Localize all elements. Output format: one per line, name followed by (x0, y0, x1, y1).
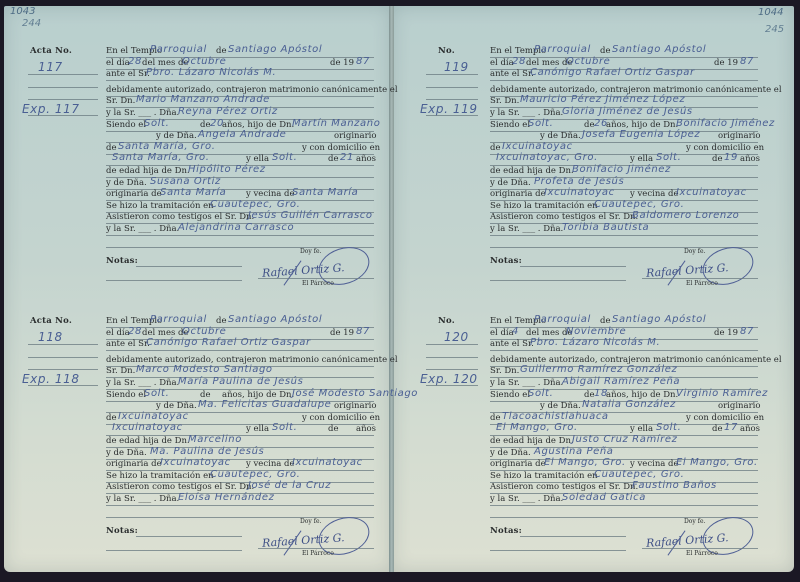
field-testigo-1: Baldomero Lorenzo (632, 210, 739, 221)
label-madre: y de Dña. (540, 131, 581, 141)
label-novio: Sr. Dn. (106, 96, 135, 106)
label-testigo-2: y la Sr. ___ . Dña. (106, 494, 179, 504)
left-folio-number: 1043 (10, 6, 35, 18)
field-novio-domicilio: Ixcuinatoyac (112, 422, 183, 433)
label-anio: de 19 (714, 58, 738, 68)
field-ante: Canónigo Rafael Ortiz Gaspar (146, 337, 311, 348)
field-anio: 87 (356, 56, 370, 67)
label-testigos: Asistieron como testigos el Sr. Dn. (106, 212, 254, 222)
label-madre: y de Dña. (156, 131, 197, 141)
field-tramitacion: Cuautepec, Gro. (210, 469, 300, 480)
field-testigo-2: Toribia Bautista (562, 222, 649, 233)
label-de: de (216, 46, 226, 56)
form-rule (258, 548, 374, 549)
field-novio-estado: Solt. (528, 118, 553, 129)
form-rule (490, 280, 626, 281)
label-tramitacion: Se hizo la tramitación en (490, 201, 598, 211)
label-dia: el día (106, 328, 130, 338)
label-siendo: Siendo el (106, 120, 146, 130)
field-novia: Reyna Pérez Ortiz (178, 106, 278, 117)
field-novia-estado: Solt. (272, 152, 297, 163)
field-novio-domicilio: Santa María, Gro. (112, 152, 210, 163)
field-novio-origen: Ixcuinatoyac (118, 411, 189, 422)
label-testigos: Asistieron como testigos el Sr. Dn. (490, 212, 638, 222)
field-novia-edad: 21 (340, 152, 354, 163)
label-anos: años (740, 154, 760, 164)
label-tramitacion: Se hizo la tramitación en (106, 201, 214, 211)
field-novia-edad: 17 (724, 422, 738, 433)
label-anio: de 19 (330, 58, 354, 68)
field-santo: Santiago Apóstol (612, 44, 706, 55)
expediente-number: Exp. 120 (420, 372, 478, 386)
field-novia-estado: Solt. (272, 422, 297, 433)
label-hija: de edad hija de Dn. (106, 436, 190, 446)
label-originaria: originaria de (490, 459, 546, 469)
label-novia: y la Sr. ___ . Dña. (490, 378, 563, 388)
field-madre-novio: Ma. Felicitas Guadalupe (198, 399, 331, 410)
form-rule (28, 369, 98, 370)
form-rule (106, 80, 374, 81)
field-padre-novia: Marcelino (188, 434, 242, 445)
field-testigo-1: José de la Cruz (248, 480, 331, 491)
form-rule (490, 247, 758, 248)
doy-fe-label: Doy fe. (300, 518, 321, 525)
form-rule (520, 266, 626, 267)
field-padre-novia: Hipólito Pérez (188, 164, 266, 175)
form-rule (28, 74, 98, 75)
label-de: de (106, 413, 116, 423)
label-ante: ante el Sr. (106, 69, 150, 79)
field-padre-novio: José Modesto Santiago (292, 388, 418, 399)
field-novia-estado: Solt. (656, 422, 681, 433)
label-madre: y de Dña. (540, 401, 581, 411)
right-folio-number: 1044 (758, 7, 783, 19)
form-rule (490, 235, 758, 236)
doy-fe-label: Doy fe. (300, 248, 321, 255)
form-rule (426, 357, 478, 358)
field-novia-vecina: Ixcuinatoyac (676, 187, 747, 198)
field-madre-novio: Josefa Eugenia López (582, 129, 700, 140)
label-originario: originario (334, 401, 377, 411)
form-rule (28, 344, 98, 345)
form-rule (28, 99, 98, 100)
field-padre-novio: Bonifacio Jiménez (676, 118, 775, 129)
label-dia: el día (490, 58, 514, 68)
label-ante: ante el Sr. (490, 339, 534, 349)
label-madre-novia: y de Dña. (106, 178, 147, 188)
label-novia: y la Sr. ___ . Dña. (106, 378, 179, 388)
label-notas: Notas: (106, 526, 138, 536)
acta-number: 120 (444, 330, 469, 344)
field-novio: Guillermo Ramírez González (520, 364, 677, 375)
label-ella: y ella (246, 154, 269, 164)
label-madre-novia: y de Dña. (490, 448, 531, 458)
form-rule (106, 235, 374, 236)
doy-fe-label: Doy fe. (684, 248, 705, 255)
label-notas: Notas: (490, 256, 522, 266)
label-novia: y la Sr. ___ . Dña. (106, 108, 179, 118)
field-novio-estado: Solt. (144, 118, 169, 129)
acta-label: No. (438, 316, 455, 326)
label-debidamente: debidamente autorizado, contrajeron matr… (106, 355, 398, 365)
label-testigos: Asistieron como testigos el Sr. Dn. (490, 482, 638, 492)
right-page-number: 245 (765, 24, 784, 36)
label-de: de (200, 390, 210, 400)
acta-number: 118 (38, 330, 63, 344)
label-hija: de edad hija de Dn. (490, 166, 574, 176)
label-de: de (600, 316, 610, 326)
label-vecina: y vecina de (246, 459, 295, 469)
label-tramitacion: Se hizo la tramitación en (490, 471, 598, 481)
form-rule (426, 369, 478, 370)
field-novio: Mauricio Pérez Jiménez López (520, 94, 685, 105)
field-anio: 87 (740, 56, 754, 67)
field-madre-novia: Susana Ortiz (150, 176, 221, 187)
field-madre-novio: Angela Andrade (198, 129, 286, 140)
label-hijo: años, hijo de Dn. (222, 390, 294, 400)
marriage-record-118: Acta No.118Exp. 118En el TemploParroquia… (22, 310, 392, 565)
label-testigo-2: y la Sr. ___ . Dña. (490, 224, 563, 234)
field-testigo-2: Alejandrina Carrasco (178, 222, 294, 233)
label-madre-novia: y de Dña. (106, 448, 147, 458)
field-dia: 28 (512, 56, 526, 67)
label-domicilio: y con domicilio en (302, 413, 380, 423)
field-padre-novia: Bonifacio Jiménez (572, 164, 671, 175)
field-templo: Parroquial (150, 314, 207, 325)
field-madre-novio: Natalia González (582, 399, 676, 410)
field-novia-estado: Solt. (656, 152, 681, 163)
acta-label: Acta No. (30, 316, 72, 326)
form-rule (642, 548, 758, 549)
label-de: de (712, 424, 722, 434)
label-de: de (490, 413, 500, 423)
field-padre-novio: Virginio Ramírez (676, 388, 768, 399)
field-mes: Octubre (182, 56, 226, 67)
field-templo: Parroquial (150, 44, 207, 55)
field-novia-edad: 19 (724, 152, 738, 163)
label-domicilio: y con domicilio en (686, 143, 764, 153)
form-rule (258, 278, 374, 279)
marriage-record-117: Acta No.117Exp. 117En el TemploParroquia… (22, 40, 392, 295)
el-parroco-label: El Párroco (686, 280, 718, 287)
field-novio-estado: Solt. (528, 388, 553, 399)
form-rule (490, 80, 758, 81)
el-parroco-label: El Párroco (302, 280, 334, 287)
field-testigo-1: Faustino Baños (632, 480, 717, 491)
field-novio-origen: Ixcuinatoyac (502, 141, 573, 152)
form-rule (426, 74, 478, 75)
label-madre: y de Dña. (156, 401, 197, 411)
expediente-number: Exp. 117 (22, 102, 80, 116)
field-anio: 87 (356, 326, 370, 337)
field-mes: Octubre (566, 56, 610, 67)
form-rule (426, 344, 478, 345)
field-novia-vecina: Santa María (292, 187, 358, 198)
field-madre-novia: Agustina Peña (534, 446, 614, 457)
field-padre-novia: Justo Cruz Ramírez (572, 434, 677, 445)
field-dia: 28 (128, 326, 142, 337)
label-ella: y ella (246, 424, 269, 434)
label-anos: años (740, 424, 760, 434)
label-anos: años (356, 154, 376, 164)
field-dia: 4 (512, 326, 519, 337)
field-ante: Canónigo Rafael Ortiz Gaspar (530, 67, 695, 78)
field-novio-domicilio: Ixcuinatoyac, Gro. (496, 152, 598, 163)
field-mes: Noviembre (566, 326, 626, 337)
form-rule (426, 99, 478, 100)
label-originario: originario (718, 401, 761, 411)
label-anio: de 19 (714, 328, 738, 338)
label-testigo-2: y la Sr. ___ . Dña. (106, 224, 179, 234)
label-anos: años (356, 424, 376, 434)
acta-number: 119 (444, 60, 469, 74)
label-vecina: y vecina de (246, 189, 295, 199)
form-rule (426, 115, 478, 116)
field-novio-estado: Solt. (144, 388, 169, 399)
left-page-number: 244 (22, 18, 41, 30)
label-domicilio: y con domicilio en (686, 413, 764, 423)
field-santo: Santiago Apóstol (612, 314, 706, 325)
field-novio: Mario Manzano Andrade (136, 94, 270, 105)
field-ante: Pbro. Lázaro Nicolás M. (530, 337, 660, 348)
label-originario: originario (334, 131, 377, 141)
field-novia-origen: Santa María (160, 187, 226, 198)
form-rule (106, 517, 374, 518)
field-testigo-2: Eloísa Hernández (178, 492, 274, 503)
field-novia: María Paulina de Jesús (178, 376, 303, 387)
label-ante: ante el Sr. (490, 69, 534, 79)
field-novia-vecina: El Mango, Gro. (676, 457, 758, 468)
label-hija: de edad hija de Dn. (106, 166, 190, 176)
label-novio: Sr. Dn. (490, 366, 519, 376)
label-notas: Notas: (490, 526, 522, 536)
form-rule (520, 536, 626, 537)
field-tramitacion: Cuautepec, Gro. (594, 199, 684, 210)
label-ante: ante el Sr. (106, 339, 150, 349)
marriage-record-119: No.119Exp. 119En el TemploParroquialdeSa… (426, 40, 796, 295)
el-parroco-label: El Párroco (686, 550, 718, 557)
label-testigo-2: y la Sr. ___ . Dña. (490, 494, 563, 504)
label-originario: originario (718, 131, 761, 141)
form-rule (106, 505, 374, 506)
field-testigo-2: Soledad Gatica (562, 492, 646, 503)
form-rule (490, 505, 758, 506)
label-de: de (328, 154, 338, 164)
label-de: de (712, 154, 722, 164)
field-templo: Parroquial (534, 314, 591, 325)
label-siendo: Siendo el (490, 390, 530, 400)
form-rule (28, 385, 98, 386)
field-novia-origen: Ixcuinatoyac (544, 187, 615, 198)
el-parroco-label: El Párroco (302, 550, 334, 557)
field-santo: Santiago Apóstol (228, 314, 322, 325)
field-novio-origen: Tlacoachistlahuaca (502, 411, 609, 422)
field-novia-origen: Ixcuinatoyac (160, 457, 231, 468)
field-novio-domicilio: El Mango, Gro. (496, 422, 578, 433)
field-santo: Santiago Apóstol (228, 44, 322, 55)
label-vecina: y vecina de (630, 459, 679, 469)
field-novia-origen: El Mango, Gro. (544, 457, 626, 468)
form-rule (106, 350, 374, 351)
field-testigo-1: Jesús Guillén Carrasco (248, 210, 373, 221)
form-rule (490, 517, 758, 518)
label-dia: el día (490, 328, 514, 338)
form-rule (106, 280, 242, 281)
label-ella: y ella (630, 154, 653, 164)
label-domicilio: y con domicilio en (302, 143, 380, 153)
label-siendo: Siendo el (106, 390, 146, 400)
label-de: de (216, 316, 226, 326)
form-rule (28, 87, 98, 88)
label-originaria: originaria de (106, 189, 162, 199)
form-rule (28, 357, 98, 358)
field-novio: Marco Modesto Santiago (136, 364, 273, 375)
label-novio: Sr. Dn. (106, 366, 135, 376)
form-rule (642, 278, 758, 279)
form-rule (136, 536, 242, 537)
field-ante: Pbro. Lázaro Nicolás M. (146, 67, 276, 78)
form-rule (426, 87, 478, 88)
form-rule (28, 115, 98, 116)
form-rule (136, 266, 242, 267)
label-siendo: Siendo el (490, 120, 530, 130)
label-de: de (200, 120, 210, 130)
marriage-record-120: No.120Exp. 120En el TemploParroquialdeSa… (426, 310, 796, 565)
field-dia: 28 (128, 56, 142, 67)
label-vecina: y vecina de (630, 189, 679, 199)
label-de: de (490, 143, 500, 153)
field-anio: 87 (740, 326, 754, 337)
label-hija: de edad hija de Dn. (490, 436, 574, 446)
field-mes: Octubre (182, 326, 226, 337)
label-madre-novia: y de Dña. (490, 178, 531, 188)
field-tramitacion: Cuautepec, Gro. (210, 199, 300, 210)
label-de: de (328, 424, 338, 434)
field-padre-novio: Martín Manzano (292, 118, 380, 129)
label-tramitacion: Se hizo la tramitación en (106, 471, 214, 481)
form-rule (426, 385, 478, 386)
label-notas: Notas: (106, 256, 138, 266)
field-novio-origen: Santa María, Gro. (118, 141, 216, 152)
field-novia: Gloria Jiménez de Jesús (562, 106, 693, 117)
field-novia: Abigail Ramírez Peña (562, 376, 680, 387)
form-rule (490, 350, 758, 351)
field-tramitacion: Cuautepec, Gro. (594, 469, 684, 480)
form-rule (106, 247, 374, 248)
label-originaria: originaria de (106, 459, 162, 469)
label-dia: el día (106, 58, 130, 68)
expediente-number: Exp. 118 (22, 372, 80, 386)
field-madre-novia: Profeta de Jesús (534, 176, 624, 187)
acta-label: No. (438, 46, 455, 56)
label-originaria: originaria de (490, 189, 546, 199)
label-de: de (600, 46, 610, 56)
label-hijo: años, hijo de Dn. (222, 120, 294, 130)
field-novia-vecina: Ixcuinatoyac (292, 457, 363, 468)
label-anio: de 19 (330, 328, 354, 338)
label-novio: Sr. Dn. (490, 96, 519, 106)
expediente-number: Exp. 119 (420, 102, 478, 116)
form-rule (106, 550, 242, 551)
label-debidamente: debidamente autorizado, contrajeron matr… (106, 85, 398, 95)
form-rule (490, 550, 626, 551)
doy-fe-label: Doy fe. (684, 518, 705, 525)
label-novia: y la Sr. ___ . Dña. (490, 108, 563, 118)
label-testigos: Asistieron como testigos el Sr. Dn. (106, 482, 254, 492)
acta-label: Acta No. (30, 46, 72, 56)
field-madre-novia: Ma. Paulina de Jesús (150, 446, 264, 457)
field-templo: Parroquial (534, 44, 591, 55)
label-ella: y ella (630, 424, 653, 434)
acta-number: 117 (38, 60, 63, 74)
